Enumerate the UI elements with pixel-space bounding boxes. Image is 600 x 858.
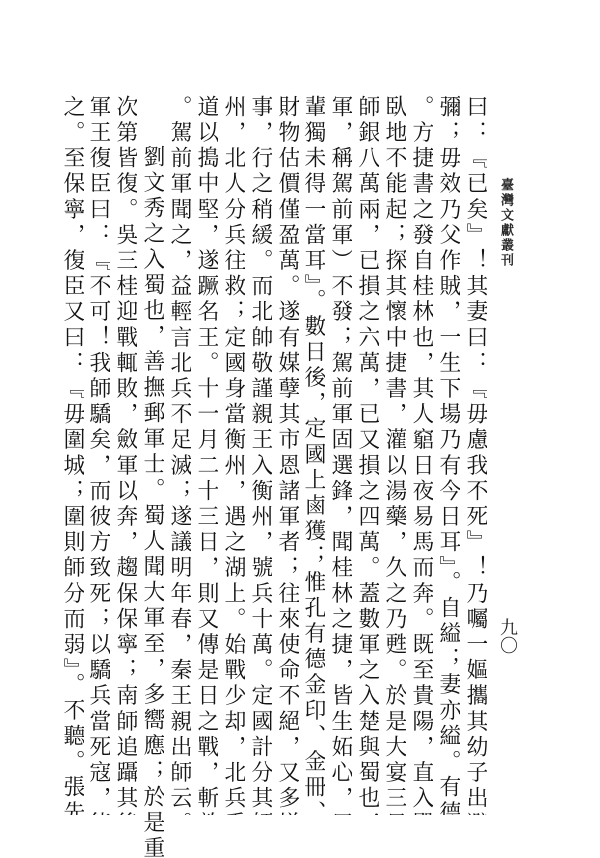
text-column-9: 事，行之稍緩。而北帥敬謹親王入衡州，號兵十萬。定國計分其師：遣前將軍張虎取辰 xyxy=(248,95,272,815)
text-column-1: 曰：『已矣』！其妻曰：『毋慮我不死』！乃囑一嫗攜其幼子出避；曰：『苟得脫，度爲沙 xyxy=(463,95,487,815)
text-column-10: 州，北人分兵往救；定國身當衡州，遇之湖上。始戰少却，北兵乘勝追奔，南人奇兵間 xyxy=(221,95,245,815)
text-column-5: 師銀八萬兩，已損之六萬，已又損之四萬。蓋數軍之入楚與蜀也，獨駕前軍（可望護衛 xyxy=(355,95,379,815)
text-column-12: 。駕前軍聞之，益輕言北兵不足滅；遂議明年春，秦王親出師云。 xyxy=(167,95,191,815)
text-column-15: 軍王復臣曰：『不可！我師驕矣，而彼方致死；以驕兵當死寇，能無失乎』？諸軍多不然 xyxy=(86,95,110,815)
running-header: 臺灣文獻叢刊 xyxy=(499,178,515,268)
text-column-6: 軍，稱駕前軍）不發；駕前軍固選鋒，聞桂林之捷，皆生妬心，曰：『北兵本易殺，我 xyxy=(328,95,352,815)
text-column-11: 道以搗中堅，遂蹶名王。十一月二十三日，則又傳是日之戰，斬敵如屠犬豕，手不暇耳 xyxy=(194,95,218,815)
text-column-7: 輩獨未得一當耳』。數日後，定國上鹵獲；惟孔有德金印、金冊、人參數捆，所報官庫 xyxy=(301,95,325,815)
text-column-14: 次第皆復。吳三桂迎戰輒敗，斂軍以奔，趨保保寧；南師追躡其後，惟恐失敵。討虜將 xyxy=(113,95,137,815)
text-column-16: 之。至保寧，復臣又曰：『毋圍城；圍則師分而弱』。不聽。張先璧軍其西南；先璧號 xyxy=(60,95,84,815)
text-column-13-paragraph-start: 劉文秀之入蜀也，善撫郵軍士。蜀人聞大軍至，多嚮應；於是重慶、敘州諸府、縣 xyxy=(140,95,164,858)
text-column-2: 彌；毋效乃父作賊，一生下場乃有今日耳』。自縊；妻亦縊。有德遂放火自刎，投火中 xyxy=(436,95,460,815)
text-column-3: 。方捷書之發自桂林也，其人竆日夜易馬而奔。既至貴陽，直入殿墀，下馬而息僨續， xyxy=(409,95,433,815)
text-column-8: 財物估價僅盈萬。遂有媒孽其市恩諸軍者；往來使命不絕，又多增飾喜怒其間。冊封之 xyxy=(275,95,299,815)
text-column-4: 臥地不能起；探其懷中捷書，灌以湯藥，久之乃甦。於是大宴三日，疏請封典。始議犒 xyxy=(382,95,406,815)
book-page: 臺灣文獻叢刊 九〇 曰：『已矣』！其妻曰：『毋慮我不死』！乃囑一嫗攜其幼子出避；… xyxy=(0,0,600,858)
page-number: 九〇 xyxy=(498,618,516,654)
